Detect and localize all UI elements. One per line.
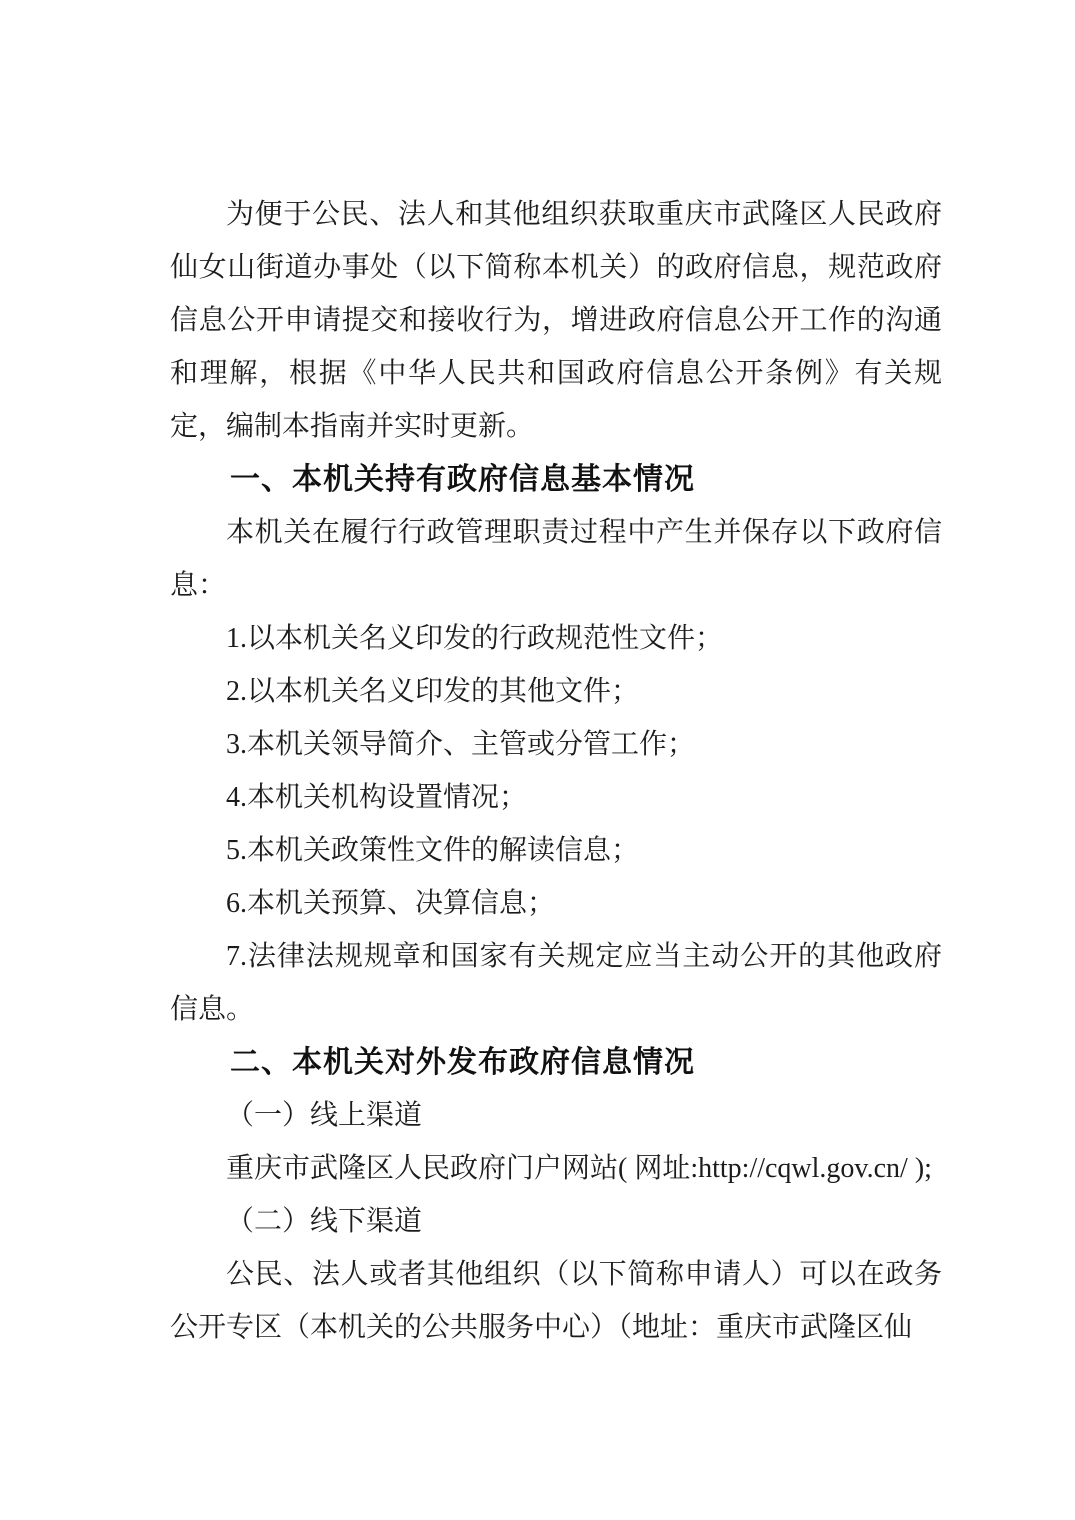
info-list-item-3: 3.本机关领导简介、主管或分管工作； bbox=[170, 718, 942, 771]
info-list-item-7: 7.法律法规规章和国家有关规定应当主动公开的其他政府信息。 bbox=[170, 930, 942, 1036]
section-1-lead: 本机关在履行行政管理职责过程中产生并保存以下政府信息： bbox=[170, 506, 942, 612]
intro-paragraph: 为便于公民、法人和其他组织获取重庆市武隆区人民政府仙女山街道办事处（以下简称本机… bbox=[170, 188, 942, 453]
info-list-item-6: 6.本机关预算、决算信息； bbox=[170, 877, 942, 930]
section-1-heading: 一、本机关持有政府信息基本情况 bbox=[170, 453, 942, 506]
info-list-item-1: 1.以本机关名义印发的行政规范性文件； bbox=[170, 612, 942, 665]
document-body: 为便于公民、法人和其他组织获取重庆市武隆区人民政府仙女山街道办事处（以下简称本机… bbox=[170, 188, 942, 1354]
document-page: 为便于公民、法人和其他组织获取重庆市武隆区人民政府仙女山街道办事处（以下简称本机… bbox=[0, 0, 1075, 1520]
online-channel-paragraph: 重庆市武隆区人民政府门户网站( 网址:http://cqwl.gov.cn/ )… bbox=[170, 1142, 942, 1195]
section-2-heading: 二、本机关对外发布政府信息情况 bbox=[170, 1036, 942, 1089]
offline-channel-paragraph: 公民、法人或者其他组织（以下简称申请人）可以在政务公开专区（本机关的公共服务中心… bbox=[170, 1248, 942, 1354]
info-list-item-4: 4.本机关机构设置情况； bbox=[170, 771, 942, 824]
info-list-item-5: 5.本机关政策性文件的解读信息； bbox=[170, 824, 942, 877]
info-list-item-2: 2.以本机关名义印发的其他文件； bbox=[170, 665, 942, 718]
offline-channel-subheading: （二）线下渠道 bbox=[170, 1195, 942, 1248]
online-channel-subheading: （一）线上渠道 bbox=[170, 1089, 942, 1142]
